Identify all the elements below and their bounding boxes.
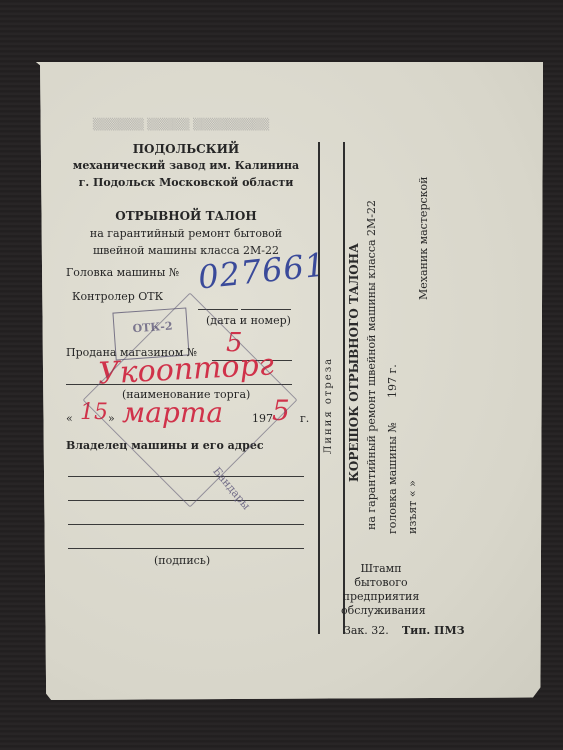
cut-line-right xyxy=(343,142,345,634)
stub-title: КОРЕШОК ОТРЫВНОГО ТАЛОНА xyxy=(347,243,361,482)
stub-stamp-caption-3: предприятия xyxy=(341,590,421,603)
stub-head-number-line: головка машины № xyxy=(386,422,399,534)
signature-line xyxy=(68,548,304,549)
owner-line-3 xyxy=(68,524,304,525)
factory-name-line1: ПОДОЛЬСКИЙ xyxy=(66,142,306,156)
date-open-quote: « xyxy=(66,412,73,425)
cut-line-label: Линия отреза xyxy=(323,357,334,454)
stub-stamp-caption-2: бытового xyxy=(341,576,421,589)
head-number-label: Головка машины № xyxy=(66,266,179,279)
factory-name-line2: механический завод им. Калинина xyxy=(58,159,314,172)
cut-line-left xyxy=(318,142,320,634)
stub-subtitle: на гарантийный ремонт швейной машины кла… xyxy=(365,200,378,530)
stub-stamp-caption-1: Штамп xyxy=(341,562,421,575)
coupon-title: ОТРЫВНОЙ ТАЛОН xyxy=(66,209,306,223)
signature-caption: (подпись) xyxy=(154,554,210,567)
store-stamp-text: Бандары xyxy=(210,465,253,513)
inspector-label: Контролер ОТК xyxy=(72,290,163,303)
faint-offset-print: ▒▒▒▒▒▒ ▒▒▒▒▒ ▒▒▒▒▒▒▒▒▒ xyxy=(66,118,296,131)
footer-print-order: Зак. 32. xyxy=(344,624,389,637)
stub-stamp-caption-4: обслуживания xyxy=(341,604,421,617)
coupon-paper: ▒▒▒▒▒▒ ▒▒▒▒▒ ▒▒▒▒▒▒▒▒▒ ПОДОЛЬСКИЙ механи… xyxy=(36,62,543,700)
footer-printer: Тип. ПМЗ xyxy=(402,624,465,637)
stub-removed-line: изъят « » xyxy=(406,480,419,534)
stub-year-line: 197 г. xyxy=(386,364,399,398)
coupon-subtitle-line1: на гарантийный ремонт бытовой xyxy=(58,227,314,240)
stub-mechanic-line: Механик мастерской xyxy=(417,177,430,300)
inspector-number-underline xyxy=(241,309,291,310)
date-year-unit: г. xyxy=(300,412,309,425)
factory-address: г. Подольск Московской области xyxy=(58,176,314,189)
